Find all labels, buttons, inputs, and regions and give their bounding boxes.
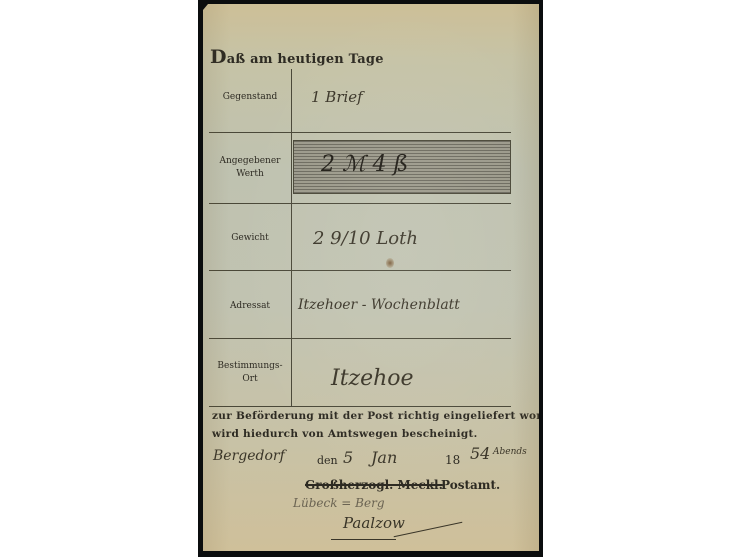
office-struck-text: Großherzogl. Meckl.	[305, 478, 443, 492]
label-bestimmungs-ort: Bestimmungs- Ort	[209, 360, 291, 386]
certification-line-1: zur Beförderung mit der Post richtig ein…	[212, 410, 569, 422]
label-line: Bestimmungs-	[209, 360, 291, 373]
heading-initial: D	[210, 46, 227, 68]
value-bestimmungs-ort: Itzehoe	[331, 366, 414, 391]
signature-underline	[331, 539, 396, 540]
value-gegenstand: 1 Brief	[311, 88, 363, 106]
value-angegebener-werth: 2 ℳ 4 ß	[321, 152, 408, 177]
date-century: 18	[445, 453, 460, 467]
signature: Paalzow	[343, 514, 405, 532]
row-divider	[209, 338, 511, 339]
row-divider	[209, 406, 511, 407]
row-divider	[209, 270, 511, 271]
value-gewicht: 2 9/10 Loth	[313, 228, 418, 249]
label-line: Werth	[209, 168, 291, 181]
date-time: Abends	[493, 447, 527, 457]
ink-stain	[386, 258, 394, 268]
row-divider	[209, 203, 511, 204]
heading-text: aß am heutigen Tage	[227, 52, 384, 67]
date-month: Jan	[371, 448, 397, 467]
label-angegebener-werth: Angegebener Werth	[209, 155, 291, 181]
certification-line-2: wird hiedurch von Amtswegen bescheinigt.	[212, 428, 478, 440]
office-label: Postamt.	[441, 478, 500, 492]
label-gewicht: Gewicht	[209, 232, 291, 245]
office-handwritten: Lübeck = Berg	[293, 496, 385, 510]
place-handwritten: Bergedorf	[213, 448, 285, 464]
date-day: 5	[343, 448, 353, 467]
label-line: Angegebener	[209, 155, 291, 168]
label-adressat: Adressat	[209, 300, 291, 313]
document-heading: Daß am heutigen Tage	[210, 46, 384, 68]
label-line: Ort	[209, 373, 291, 386]
date-den-label: den	[317, 454, 338, 467]
value-adressat: Itzehoer - Wochenblatt	[298, 297, 460, 313]
postal-receipt-document: Daß am heutigen Tage Gegenstand 1 Brief …	[203, 4, 539, 551]
column-divider	[291, 69, 292, 406]
label-gegenstand: Gegenstand	[209, 91, 291, 104]
date-year: 54	[470, 444, 490, 463]
row-divider	[209, 132, 511, 133]
